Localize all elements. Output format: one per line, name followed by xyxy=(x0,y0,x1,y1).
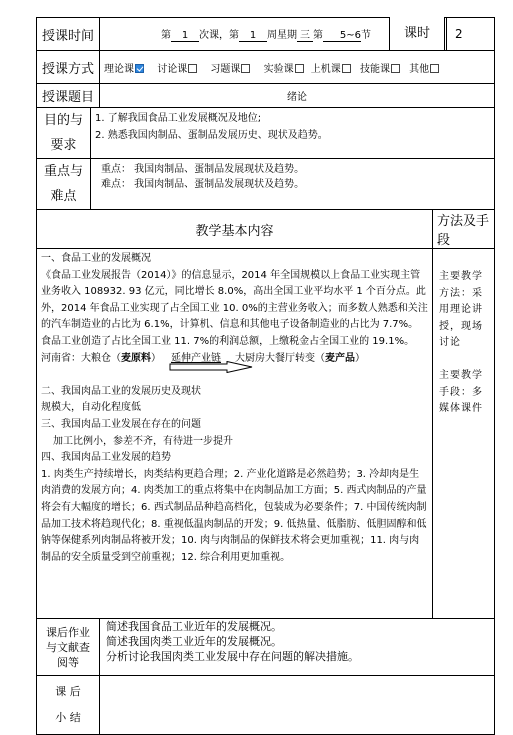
lesson-plan-page: 授课时间 第1次课，第1周星期三第5~6节 2 授课方式 理论课 讨论课 习题课… xyxy=(36,17,494,735)
row-content-body: 一、食品工业的发展概况 《食品工业发展报告（2014）》的信息显示，2014 年… xyxy=(37,249,495,619)
hours-value: 2 xyxy=(447,18,495,51)
henan-line: 河南省：大粮仓（麦原料）延伸产业链大厨房大餐厅转变（麦产品） xyxy=(41,351,428,368)
row-mode: 授课方式 理论课 讨论课 习题课 实验课 上机课 技能课 其他 xyxy=(37,51,495,84)
time-value: 第1次课，第1周星期三第5~6节 xyxy=(100,18,433,51)
checkbox-icon[interactable] xyxy=(430,64,439,73)
method-text: 主要教学方法：采用理论讲授，现场讨论 xyxy=(439,269,488,352)
week-number[interactable]: 1 xyxy=(239,30,267,42)
mode-computer[interactable]: 上机课 xyxy=(311,64,351,75)
objectives-label-line2: 要求 xyxy=(37,133,90,158)
row-objectives: 目的与 要求 1. 了解我国食品工业发展概况及地位; 2. 熟悉我国肉制品、蛋制… xyxy=(37,108,495,159)
key-points-list: 重点： 我国肉制品、蛋制品发展现状及趋势。 难点： 我国肉制品、蛋制品发展现状及… xyxy=(91,159,495,210)
homework-label-line1: 课后作业 xyxy=(37,625,99,640)
checkbox-icon[interactable] xyxy=(188,64,197,73)
section-2-title: 二、我国肉品工业的发展历史及现状 xyxy=(41,384,428,401)
mode-other-label: 其他 xyxy=(409,64,429,75)
time-prefix: 第 xyxy=(161,30,171,41)
mode-lab-label: 实验课 xyxy=(264,64,294,75)
summary-value[interactable] xyxy=(100,676,495,735)
objectives-label: 目的与 要求 xyxy=(37,108,91,159)
mode-other[interactable]: 其他 xyxy=(409,64,439,75)
homework-item: 分析讨论我国肉类工业发展中存在问题的解决措施。 xyxy=(106,649,488,664)
homework-label-line2: 与文献查 xyxy=(37,640,99,655)
mode-label: 授课方式 xyxy=(37,51,100,84)
weekday[interactable]: 三 xyxy=(297,26,313,42)
homework-label: 课后作业 与文献查 阅等 xyxy=(37,619,100,676)
objectives-label-line1: 目的与 xyxy=(37,108,90,133)
mode-computer-label: 上机课 xyxy=(311,64,341,75)
row-content-header: 教学基本内容 方法及手段 xyxy=(37,210,495,249)
henan-close2: ） xyxy=(355,353,365,364)
mode-theory-label: 理论课 xyxy=(104,64,134,75)
time-mid2: 周星期 xyxy=(267,30,297,41)
row-topic: 授课题目 绪论 xyxy=(37,84,495,108)
checkbox-checked-icon[interactable] xyxy=(135,64,144,73)
summary-label-line1: 课 后 xyxy=(37,679,99,705)
row-summary: 课 后 小 结 xyxy=(37,676,495,735)
objective-item: 2. 熟悉我国肉制品、蛋制品发展历史、现状及趋势。 xyxy=(95,128,490,145)
checkbox-icon[interactable] xyxy=(295,64,304,73)
homework-list: 简述我国食品工业近年的发展概况。 简述我国肉类工业近年的发展概况。 分析讨论我国… xyxy=(100,619,495,676)
henan-close1: ） xyxy=(151,353,161,364)
checkbox-icon[interactable] xyxy=(342,64,351,73)
method-header: 方法及手段 xyxy=(433,210,495,249)
time-suffix: 节 xyxy=(361,30,371,41)
key-point: 重点： 我国肉制品、蛋制品发展现状及趋势。 xyxy=(101,162,490,177)
lesson-plan-table: 授课时间 第1次课，第1周星期三第5~6节 2 授课方式 理论课 讨论课 习题课… xyxy=(36,17,495,735)
henan-prefix: 河南省：大粮仓（ xyxy=(41,353,121,364)
section-2-body: 规模大，自动化程度低 xyxy=(41,400,428,417)
mode-skill-label: 技能课 xyxy=(360,64,390,75)
section-4-body: 1. 肉类生产持续增长，肉类结构更趋合理；2. 产业化道路是必然趋势；3. 冷却… xyxy=(41,467,428,567)
section-1-body: 《食品工业发展报告（2014）》的信息显示，2014 年全国规模以上食品工业实现… xyxy=(41,268,428,351)
right-arrow-icon xyxy=(169,361,253,373)
row-homework: 课后作业 与文献查 阅等 简述我国食品工业近年的发展概况。 简述我国肉类工业近年… xyxy=(37,619,495,676)
checkbox-icon[interactable] xyxy=(241,64,250,73)
henan-product: 麦产品 xyxy=(325,353,355,364)
key-points-label-line2: 难点 xyxy=(37,184,90,209)
key-points-label-line1: 重点与 xyxy=(37,159,90,184)
difficult-point: 难点： 我国肉制品、蛋制品发展现状及趋势。 xyxy=(101,177,490,192)
mode-skill[interactable]: 技能课 xyxy=(360,64,400,75)
henan-raw-material: 麦原料 xyxy=(121,353,151,364)
topic-label: 授课题目 xyxy=(37,84,100,108)
periods[interactable]: 5~6 xyxy=(323,30,361,42)
mode-discussion-label: 讨论课 xyxy=(157,64,187,75)
means-text: 主要教学手段：多媒体课件 xyxy=(439,368,488,418)
mode-exercise[interactable]: 习题课 xyxy=(210,64,250,75)
mode-options: 理论课 讨论课 习题课 实验课 上机课 技能课 其他 xyxy=(100,51,495,84)
content-header: 教学基本内容 xyxy=(37,210,433,249)
mode-theory[interactable]: 理论课 xyxy=(104,64,144,75)
hours-value-text: 2 xyxy=(455,27,463,41)
time-label: 授课时间 xyxy=(37,18,100,51)
hours-label: 课时 xyxy=(389,17,445,50)
time-mid1: 次课，第 xyxy=(199,30,239,41)
section-3-body: 加工比例小，参差不齐，有待进一步提升 xyxy=(41,434,428,451)
mode-exercise-label: 习题课 xyxy=(210,64,240,75)
mode-lab[interactable]: 实验课 xyxy=(264,64,304,75)
row-key-points: 重点与 难点 重点： 我国肉制品、蛋制品发展现状及趋势。 难点： 我国肉制品、蛋… xyxy=(37,159,495,210)
section-3-title: 三、我国肉品工业发展在存在的问题 xyxy=(41,417,428,434)
summary-label: 课 后 小 结 xyxy=(37,676,100,735)
industry-chain-arrow: 延伸产业链 xyxy=(171,351,221,368)
section-4-title: 四、我国肉品工业发展的趋势 xyxy=(41,450,428,467)
key-points-label: 重点与 难点 xyxy=(37,159,91,210)
homework-item: 简述我国食品工业近年的发展概况。 xyxy=(106,619,488,634)
topic-value: 绪论 xyxy=(100,84,495,108)
objective-item: 1. 了解我国食品工业发展概况及地位; xyxy=(95,111,490,128)
session-number[interactable]: 1 xyxy=(171,30,199,42)
checkbox-icon[interactable] xyxy=(391,64,400,73)
section-1-title: 一、食品工业的发展概况 xyxy=(41,251,428,268)
mode-discussion[interactable]: 讨论课 xyxy=(157,64,197,75)
homework-item: 简述我国肉类工业近年的发展概况。 xyxy=(106,634,488,649)
method-body: 主要教学方法：采用理论讲授，现场讨论 主要教学手段：多媒体课件 xyxy=(433,249,495,619)
summary-label-line2: 小 结 xyxy=(37,705,99,731)
content-body: 一、食品工业的发展概况 《食品工业发展报告（2014）》的信息显示，2014 年… xyxy=(37,249,433,619)
time-mid3: 第 xyxy=(313,30,323,41)
objectives-list: 1. 了解我国食品工业发展概况及地位; 2. 熟悉我国肉制品、蛋制品发展历史、现… xyxy=(91,108,495,159)
homework-label-line3: 阅等 xyxy=(37,655,99,670)
